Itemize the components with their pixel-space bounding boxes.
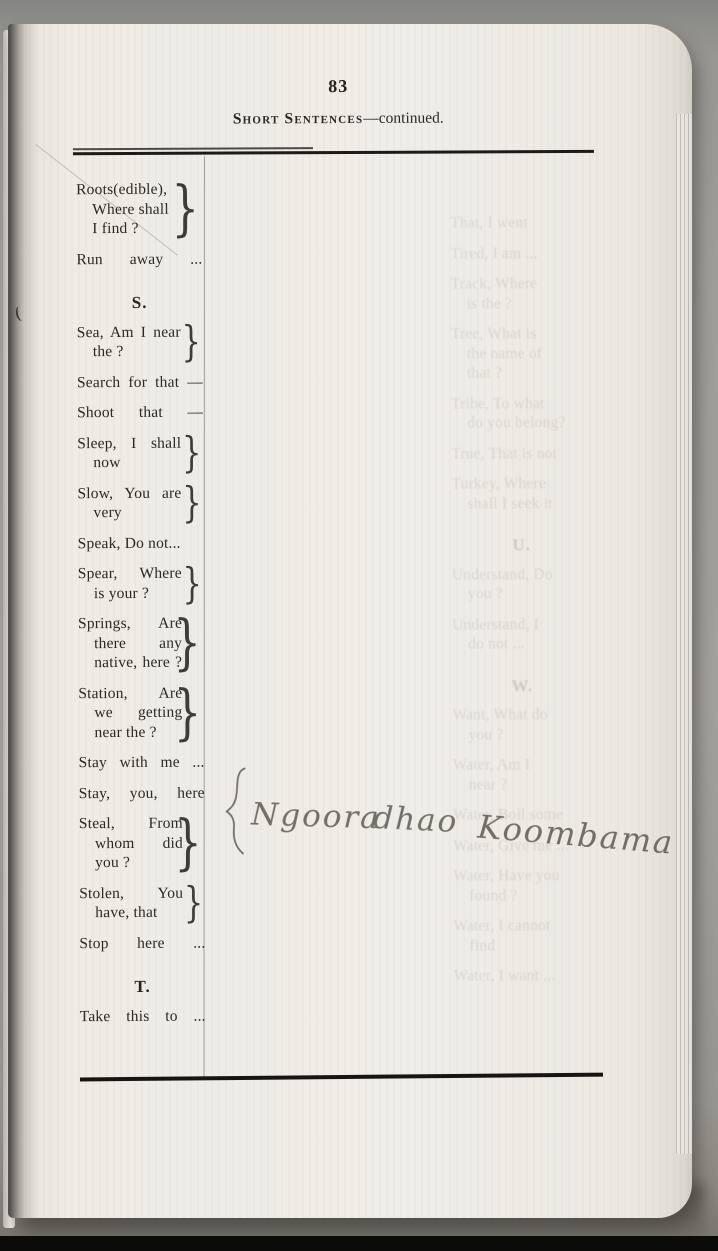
phrase-line: Understand, I [452, 614, 617, 634]
phrase-entry: That, I went [450, 213, 615, 233]
phrase-line: you ? [452, 724, 617, 744]
phrase-entry: Turkey, Whereshall I seek it [451, 474, 616, 514]
phrase-line: Springs, Are [78, 614, 182, 634]
phrase-line: Speak, Do not... [78, 533, 204, 553]
phrase-entry: Slow, You arevery} [77, 483, 203, 523]
phrase-entry: Tired, I am ... [450, 243, 615, 263]
phrase-entry: Station, Arewe gettingnear the ?} [78, 683, 204, 742]
phrase-line: Tree, What is [451, 324, 616, 344]
phrase-line: very [77, 503, 181, 523]
table-top-rule [73, 150, 594, 155]
phrase-entry: Run away ... [76, 249, 202, 269]
section-heading: S. [77, 293, 203, 313]
handwritten-brace-icon [227, 768, 245, 853]
scanned-book-page: 83 Short Sentences—continued. Roots(edib… [0, 0, 718, 1251]
phrase-line: Want, What do [452, 705, 617, 725]
phrase-line: shall I seek it [451, 493, 616, 513]
phrase-entry: Sea, Am I nearthe ?} [77, 322, 203, 362]
handwritten-word: Ngoora [250, 796, 382, 836]
phrase-line: whom did [79, 833, 183, 853]
phrase-line: you ? [79, 853, 183, 873]
phrase-entry: Understand, Doyou ? [452, 564, 617, 604]
phrase-line: Track, Where [450, 274, 615, 294]
paper-page: 83 Short Sentences—continued. Roots(edib… [8, 24, 692, 1218]
phrase-line: Run away ... [76, 249, 202, 269]
section-heading: W. [452, 675, 592, 695]
phrase-line: Station, Are [78, 683, 182, 703]
handwritten-annotation: Ngoora dhao Koombama [215, 744, 696, 876]
phrase-entry: Spear, Whereis your ?} [78, 564, 204, 604]
phrase-line: that ? [451, 363, 616, 383]
section-heading: U. [452, 535, 592, 555]
phrase-line: Turkey, Where [451, 474, 616, 494]
phrase-entry: Take this to ... [80, 1006, 206, 1026]
phrase-line: Water, I cannot [453, 916, 618, 936]
phrase-line: Sleep, I shall [77, 433, 181, 453]
phrase-entry: Water, I want ... [454, 966, 619, 986]
show-through-text-column: That, I wentTired, I am ...Track, Wherei… [450, 213, 618, 997]
phrase-entry: Understand, Ido not ... [452, 614, 617, 654]
phrase-line: near the ? [78, 722, 182, 742]
phrase-line: you ? [452, 584, 617, 604]
phrase-line: Roots(edible), [76, 180, 180, 200]
phrase-entry: Sleep, I shallnow} [77, 433, 203, 473]
phrase-line: native, here ? [78, 653, 182, 673]
phrase-entry: True, That is not [451, 443, 616, 463]
phrase-line: do not ... [452, 634, 617, 654]
phrase-entry: Want, What doyou ? [452, 705, 617, 745]
phrase-entry: Tree, What isthe name ofthat ? [451, 324, 616, 383]
phrase-entry: Search for that — [77, 372, 203, 392]
phrase-line: Stolen, You [79, 883, 183, 903]
phrase-entry: Stolen, Youhave, that} [79, 883, 205, 923]
phrase-line: Spear, Where [78, 564, 182, 584]
phrase-entry: Stay with me ... [79, 753, 205, 773]
phrase-line: That, I went [450, 213, 615, 233]
page-title-smallcaps: Short Sentences [233, 110, 363, 128]
table-bottom-rule [80, 1073, 603, 1081]
phrase-entry: Roots(edible),Where shallI find ?} [76, 180, 202, 239]
phrase-line: Tribe, To what [451, 393, 616, 413]
phrase-line: True, That is not [451, 443, 616, 463]
phrase-line: Stop here ... [79, 933, 205, 953]
phrase-line: do you belong? [451, 413, 616, 433]
phrase-line: is the ? [451, 293, 616, 313]
page-header: 83 Short Sentences—continued. [66, 75, 611, 129]
phrase-line: the ? [77, 342, 181, 362]
phrase-line: Stay with me ... [79, 753, 205, 773]
phrase-line: the name of [451, 343, 616, 363]
phrase-line: find [453, 935, 618, 955]
phrase-entry: Steal, Fromwhom didyou ?} [79, 814, 205, 873]
phrase-line: Understand, Do [452, 564, 617, 584]
phrase-line: Shoot that — [77, 403, 203, 423]
phrase-line: Sea, Am I near [77, 322, 181, 342]
phrase-line: we getting [78, 703, 182, 723]
phrase-entry: Tribe, To whatdo you belong? [451, 393, 616, 433]
page-title: Short Sentences—continued. [66, 109, 611, 129]
phrase-line: I find ? [76, 219, 180, 239]
page-number: 83 [66, 75, 611, 98]
phrase-line: Where shall [76, 199, 180, 219]
phrase-line: Stay, you, here [79, 783, 205, 803]
phrase-line: Water, I want ... [454, 966, 619, 986]
handwritten-word: Koombama [475, 807, 675, 861]
phrase-entry: Stay, you, here [79, 783, 205, 803]
phrase-line: Slow, You are [77, 483, 181, 503]
page-title-rest: —continued. [363, 110, 444, 127]
phrase-line: there any [78, 633, 182, 653]
phrase-line: Search for that — [77, 372, 203, 392]
phrase-line: is your ? [78, 583, 182, 603]
phrase-line: Steal, From [79, 814, 183, 834]
handwritten-word: dhao [373, 800, 460, 840]
phrase-line: found ? [453, 885, 618, 905]
section-heading: T. [80, 977, 206, 997]
phrase-entry: Stop here ... [79, 933, 205, 953]
phrase-entry: Speak, Do not... [78, 533, 204, 553]
phrase-entry: Springs, Arethere anynative, here ?} [78, 614, 204, 673]
phrase-entry: Track, Whereis the ? [450, 274, 615, 314]
entries-column: Roots(edible),Where shallI find ?}Run aw… [76, 180, 206, 1038]
phrase-entry: Water, I cannotfind [453, 916, 618, 956]
printed-content: 83 Short Sentences—continued. Roots(edib… [5, 23, 694, 1220]
phrase-line: now [77, 453, 181, 473]
phrase-line: have, that [79, 903, 183, 923]
phrase-line: Tired, I am ... [450, 243, 615, 263]
phrase-entry: Shoot that — [77, 403, 203, 423]
phrase-line: Take this to ... [80, 1006, 206, 1026]
scanner-bottom-strip [0, 1236, 718, 1251]
